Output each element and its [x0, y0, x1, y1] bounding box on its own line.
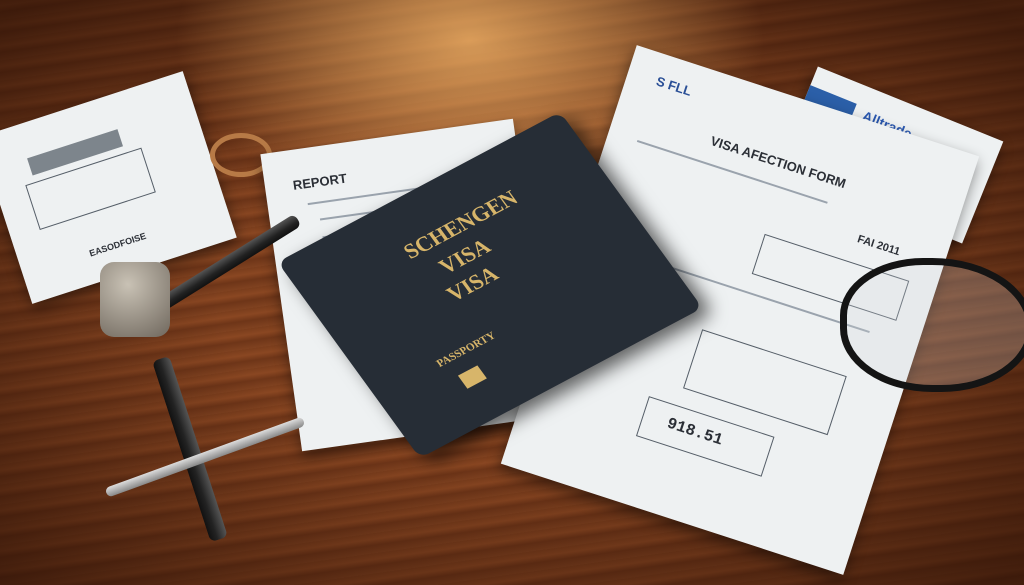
form-amount: 918.51	[665, 415, 725, 450]
pen-cap	[100, 262, 170, 337]
report-title: REPORT	[292, 170, 348, 192]
form-logo: S FLL	[655, 73, 694, 98]
passport-subtitle: PASSPORTY	[434, 330, 498, 370]
form-code: FAI 2011	[856, 233, 902, 258]
form-title: VISA AFECTION FORM	[709, 133, 848, 191]
passport-chip-icon	[458, 365, 487, 388]
card-label: EASODFOISE	[88, 231, 147, 259]
eyeglasses	[840, 258, 1024, 392]
